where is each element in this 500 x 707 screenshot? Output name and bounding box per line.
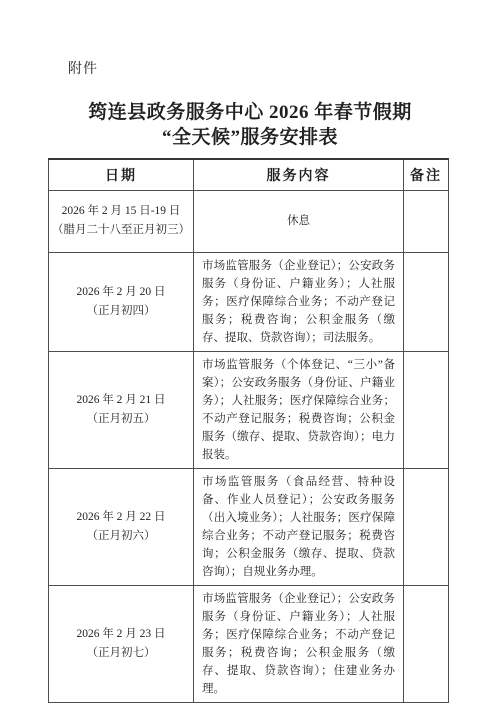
column-header-remark: 备注	[404, 159, 449, 190]
date-line-2: （正月初六）	[52, 527, 190, 546]
date-cell: 2026 年 2 月 23 日 （正月初七）	[49, 585, 194, 702]
service-content-cell: 市场监管服务（个体登记、“三小”备案）；公安政务服务（身份证、户籍业务）；人社服…	[194, 351, 404, 468]
date-line-1: 2026 年 2 月 15 日-19 日	[52, 202, 190, 221]
table-row: 2026 年 2 月 21 日 （正月初五） 市场监管服务（个体登记、“三小”备…	[49, 351, 449, 468]
date-line-1: 2026 年 2 月 22 日	[52, 508, 190, 527]
remark-cell	[404, 252, 449, 351]
date-cell: 2026 年 2 月 22 日 （正月初六）	[49, 468, 194, 585]
date-line-2: （正月初七）	[52, 644, 190, 663]
remark-cell	[404, 351, 449, 468]
date-line-1: 2026 年 2 月 20 日	[52, 283, 190, 302]
date-cell: 2026 年 2 月 15 日-19 日 （腊月二十八至正月初三）	[49, 190, 194, 252]
page-title-line-2: “全天候”服务安排表	[162, 127, 338, 148]
document-page: 附件 筠连县政务服务中心 2026 年春节假期 “全天候”服务安排表 日期 服务…	[0, 0, 500, 707]
table-row: 2026 年 2 月 22 日 （正月初六） 市场监管服务（食品经营、特种设备、…	[49, 468, 449, 585]
page-title: 筠连县政务服务中心 2026 年春节假期 “全天候”服务安排表	[48, 100, 452, 150]
date-line-2: （正月初四）	[52, 302, 190, 321]
service-content-cell: 市场监管服务（企业登记）；公安政务服务（身份证、户籍业务）；人社服务；医疗保障综…	[194, 585, 404, 702]
remark-cell	[404, 468, 449, 585]
page-title-line-1: 筠连县政务服务中心 2026 年春节假期	[88, 102, 412, 123]
date-cell: 2026 年 2 月 21 日 （正月初五）	[49, 351, 194, 468]
column-header-service-content: 服务内容	[194, 159, 404, 190]
header-row: 日期 服务内容 备注	[49, 159, 449, 190]
date-line-2: （正月初五）	[52, 410, 190, 429]
service-content-cell: 市场监管服务（企业登记）；公安政务服务（身份证、户籍业务）；人社服务；医疗保障综…	[194, 252, 404, 351]
schedule-table: 日期 服务内容 备注 2026 年 2 月 15 日-19 日 （腊月二十八至正…	[48, 158, 449, 703]
table-row: 2026 年 2 月 20 日 （正月初四） 市场监管服务（企业登记）；公安政务…	[49, 252, 449, 351]
remark-cell	[404, 585, 449, 702]
date-line-1: 2026 年 2 月 23 日	[52, 625, 190, 644]
column-header-date: 日期	[49, 159, 194, 190]
remark-cell	[404, 190, 449, 252]
table-row: 2026 年 2 月 15 日-19 日 （腊月二十八至正月初三） 休息	[49, 190, 449, 252]
date-line-2: （腊月二十八至正月初三）	[52, 221, 190, 240]
date-cell: 2026 年 2 月 20 日 （正月初四）	[49, 252, 194, 351]
attachment-label: 附件	[68, 58, 98, 78]
service-content-cell: 休息	[194, 190, 404, 252]
table-row: 2026 年 2 月 23 日 （正月初七） 市场监管服务（企业登记）；公安政务…	[49, 585, 449, 702]
date-line-1: 2026 年 2 月 21 日	[52, 391, 190, 410]
service-content-cell: 市场监管服务（食品经营、特种设备、作业人员登记）；公安政务服务（出入境业务）；人…	[194, 468, 404, 585]
